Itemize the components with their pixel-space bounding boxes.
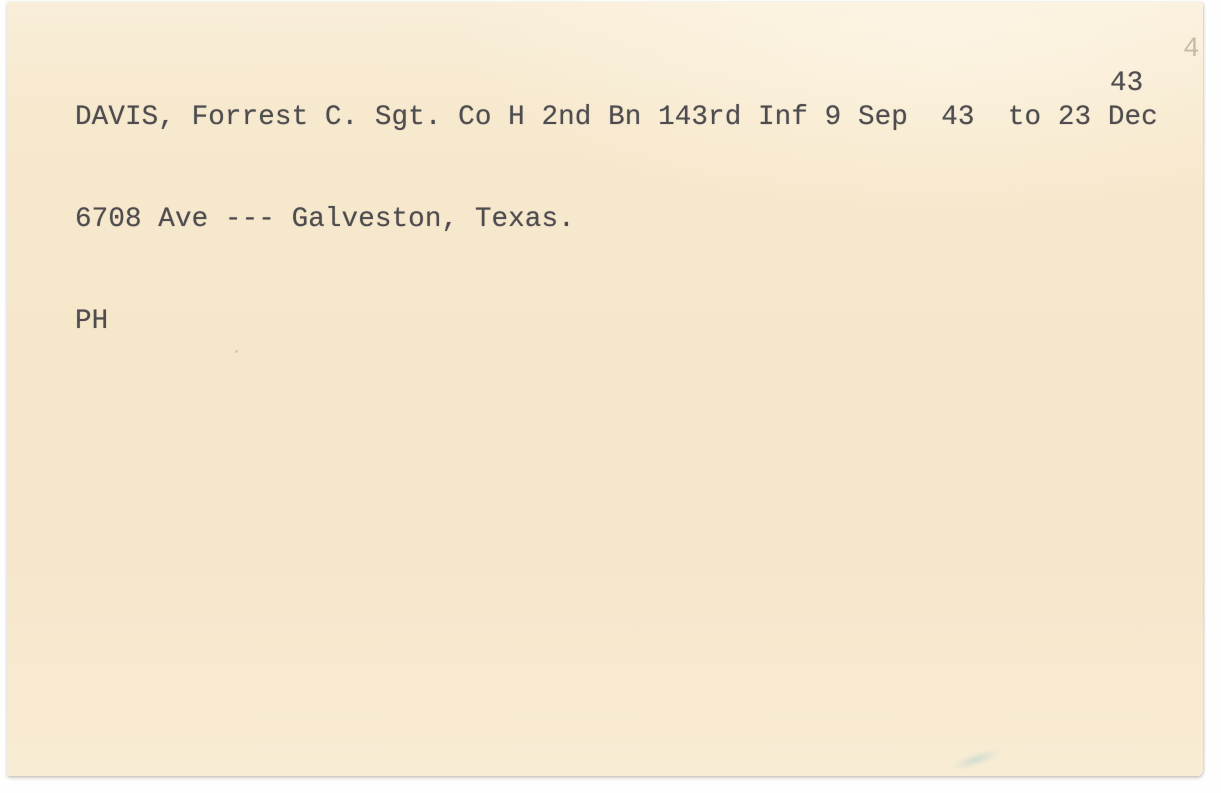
card-line-3: PH: [75, 305, 1158, 339]
paper-speck: [235, 350, 238, 353]
card-line-1: DAVIS, Forrest C. Sgt. Co H 2nd Bn 143rd…: [75, 101, 1158, 135]
scan-background: DAVIS, Forrest C. Sgt. Co H 2nd Bn 143rd…: [0, 0, 1221, 793]
card-line-2: 6708 Ave --- Galveston, Texas.: [75, 203, 1158, 237]
card-line-2-year-continued: 43: [1110, 67, 1143, 101]
card-line-1-faint-overflow-digit: 4: [1183, 33, 1200, 67]
ink-smudge: [949, 745, 1002, 773]
index-card: DAVIS, Forrest C. Sgt. Co H 2nd Bn 143rd…: [7, 2, 1203, 776]
